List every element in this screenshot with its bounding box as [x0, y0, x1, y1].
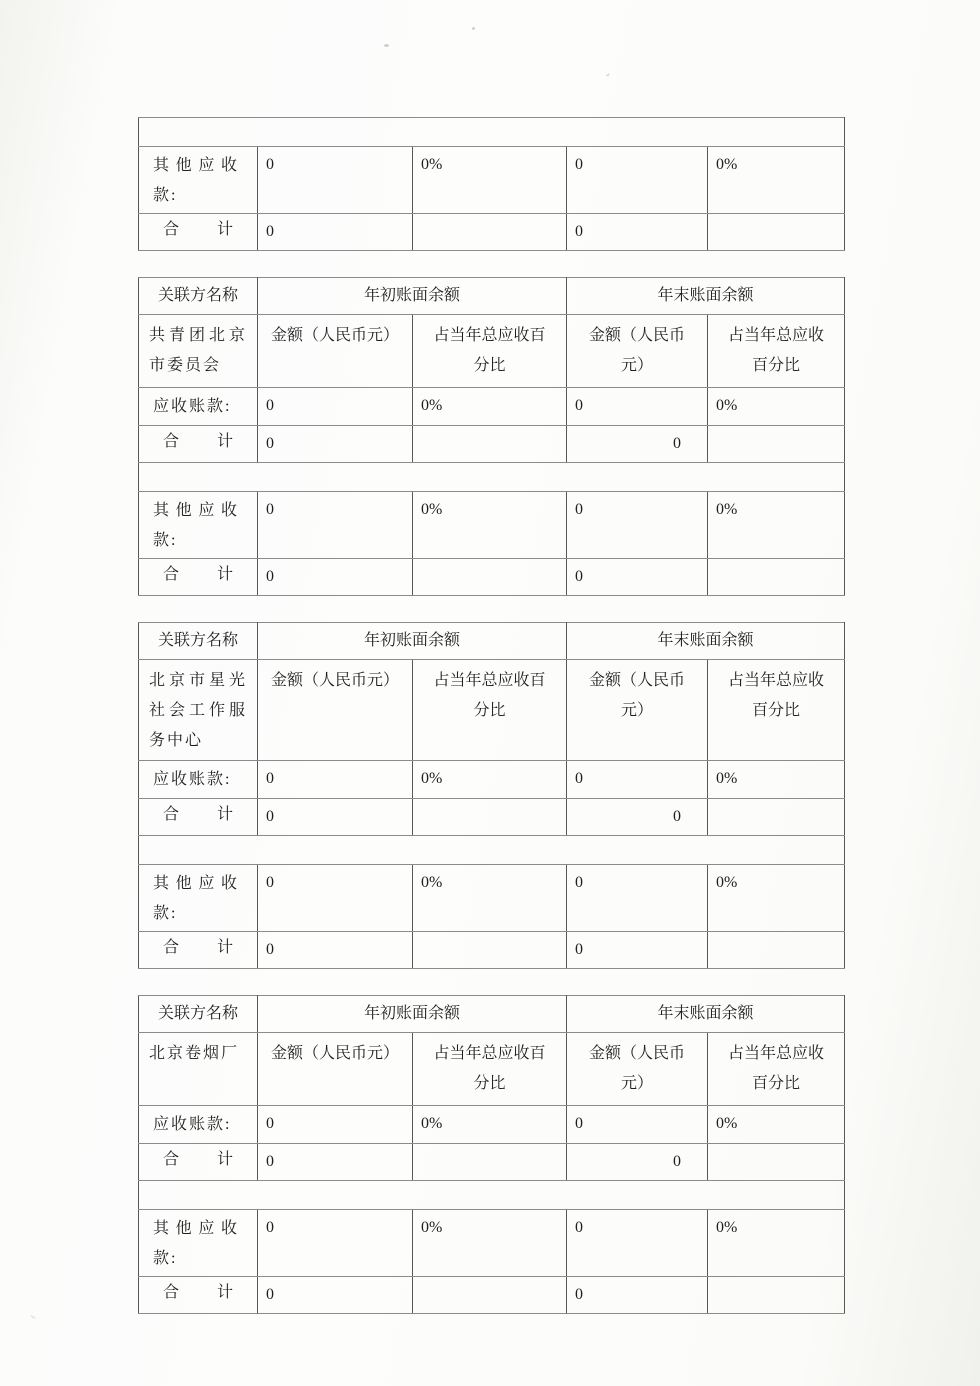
opening-amount-column-header: 金额（人民币元） — [258, 660, 413, 761]
column-header-row: 北京市星光社会工作服务中心金额（人民币元）占当年总应收百分比金额（人民币元）占当… — [139, 660, 845, 761]
total-opening-amount: 0 — [258, 214, 413, 251]
other-receivables-label: 其他应收款: — [139, 147, 258, 214]
group-header-row: 关联方名称年初账面余额年末账面余额 — [139, 623, 845, 660]
closing-amount-value: 0 — [567, 865, 708, 932]
total-row: 合 计00 — [139, 559, 845, 596]
party-column-header: 关联方名称 — [139, 623, 258, 660]
column-header-row: 北京卷烟厂金额（人民币元）占当年总应收百分比金额（人民币元）占当年总应收百分比 — [139, 1033, 845, 1106]
closing-amount-value: 0 — [567, 147, 708, 214]
closing-pct-column-header: 占当年总应收百分比 — [708, 315, 845, 388]
empty-cell — [708, 559, 845, 596]
spacer-cell — [139, 463, 845, 492]
other-receivables-label: 其他应收款: — [139, 1210, 258, 1277]
party-name-cell: 北京市星光社会工作服务中心 — [139, 660, 258, 761]
empty-cell — [708, 932, 845, 969]
other-receivables-label: 其他应收款: — [139, 492, 258, 559]
empty-cell — [708, 214, 845, 251]
opening-pct-value: 0% — [413, 147, 567, 214]
receivables-label: 应收账款: — [139, 761, 258, 799]
closing-pct-value: 0% — [708, 388, 845, 426]
opening-pct-value: 0% — [413, 865, 567, 932]
total-label: 合 计 — [139, 559, 258, 596]
total-row: 合 计00 — [139, 426, 845, 463]
empty-cell — [413, 799, 567, 836]
receivables-row: 应收账款:00%00% — [139, 388, 845, 426]
scanned-page: { "headers": { "party_col": "关联方名称", "op… — [0, 0, 980, 1386]
scan-speck — [606, 73, 610, 77]
other-receivables-row: 其他应收款:00%00% — [139, 147, 845, 214]
closing-balance-group-header: 年末账面余额 — [567, 623, 845, 660]
closing-amount-value: 0 — [567, 1210, 708, 1277]
empty-cell — [413, 426, 567, 463]
closing-pct-value: 0% — [708, 492, 845, 559]
spacer-row — [139, 1181, 845, 1210]
other-receivables-row: 其他应收款:00%00% — [139, 1210, 845, 1277]
related-party-tables: 其他应收款:00%00%合 计00关联方名称年初账面余额年末账面余额共青团北京市… — [138, 117, 980, 1314]
empty-cell — [708, 1144, 845, 1181]
receivables-label: 应收账款: — [139, 388, 258, 426]
opening-balance-group-header: 年初账面余额 — [258, 623, 567, 660]
empty-cell — [708, 1277, 845, 1314]
total-label: 合 计 — [139, 932, 258, 969]
receivables-label: 应收账款: — [139, 1106, 258, 1144]
scan-speck — [472, 27, 475, 30]
related-party-table-4: 关联方名称年初账面余额年末账面余额北京卷烟厂金额（人民币元）占当年总应收百分比金… — [138, 995, 845, 1314]
related-party-table-3: 关联方名称年初账面余额年末账面余额北京市星光社会工作服务中心金额（人民币元）占当… — [138, 622, 845, 969]
opening-balance-group-header: 年初账面余额 — [258, 996, 567, 1033]
other-receivables-row: 其他应收款:00%00% — [139, 865, 845, 932]
total-opening-amount: 0 — [258, 932, 413, 969]
opening-pct-value: 0% — [413, 388, 567, 426]
opening-amount-value: 0 — [258, 388, 413, 426]
total-closing-amount: 0 — [567, 214, 708, 251]
group-header-row: 关联方名称年初账面余额年末账面余额 — [139, 996, 845, 1033]
closing-amount-column-header: 金额（人民币元） — [567, 1033, 708, 1106]
opening-balance-group-header: 年初账面余额 — [258, 278, 567, 315]
opening-pct-value: 0% — [413, 1106, 567, 1144]
total-row: 合 计00 — [139, 1277, 845, 1314]
closing-pct-value: 0% — [708, 147, 845, 214]
total-closing-amount: 0 — [567, 932, 708, 969]
empty-cell — [413, 1277, 567, 1314]
total-label: 合 计 — [139, 214, 258, 251]
other-receivables-row: 其他应收款:00%00% — [139, 492, 845, 559]
closing-amount-value: 0 — [567, 492, 708, 559]
document-page: 其他应收款:00%00%合 计00关联方名称年初账面余额年末账面余额共青团北京市… — [0, 0, 980, 1386]
scan-speck — [30, 1315, 36, 1320]
closing-balance-group-header: 年末账面余额 — [567, 278, 845, 315]
other-receivables-label: 其他应收款: — [139, 865, 258, 932]
closing-balance-group-header: 年末账面余额 — [567, 996, 845, 1033]
related-party-table-1: 其他应收款:00%00%合 计00 — [138, 117, 845, 251]
closing-amount-value: 0 — [567, 761, 708, 799]
opening-pct-value: 0% — [413, 492, 567, 559]
receivables-row: 应收账款:00%00% — [139, 761, 845, 799]
spacer-cell — [139, 118, 845, 147]
opening-amount-column-header: 金额（人民币元） — [258, 1033, 413, 1106]
total-closing-amount: 0 — [567, 426, 708, 463]
total-row: 合 计00 — [139, 799, 845, 836]
scan-speck — [384, 44, 389, 47]
opening-amount-value: 0 — [258, 1106, 413, 1144]
opening-amount-column-header: 金额（人民币元） — [258, 315, 413, 388]
total-label: 合 计 — [139, 1144, 258, 1181]
opening-pct-value: 0% — [413, 761, 567, 799]
related-party-table-2: 关联方名称年初账面余额年末账面余额共青团北京市委员会金额（人民币元）占当年总应收… — [138, 277, 845, 596]
total-label: 合 计 — [139, 1277, 258, 1314]
group-header-row: 关联方名称年初账面余额年末账面余额 — [139, 278, 845, 315]
empty-cell — [413, 214, 567, 251]
total-closing-amount: 0 — [567, 1144, 708, 1181]
party-name-cell: 北京卷烟厂 — [139, 1033, 258, 1106]
spacer-row — [139, 463, 845, 492]
total-row: 合 计00 — [139, 1144, 845, 1181]
closing-amount-column-header: 金额（人民币元） — [567, 315, 708, 388]
total-closing-amount: 0 — [567, 559, 708, 596]
closing-pct-value: 0% — [708, 1106, 845, 1144]
total-opening-amount: 0 — [258, 799, 413, 836]
total-closing-amount: 0 — [567, 1277, 708, 1314]
opening-amount-value: 0 — [258, 147, 413, 214]
spacer-row — [139, 836, 845, 865]
party-column-header: 关联方名称 — [139, 996, 258, 1033]
closing-pct-value: 0% — [708, 761, 845, 799]
party-name-cell: 共青团北京市委员会 — [139, 315, 258, 388]
closing-amount-value: 0 — [567, 1106, 708, 1144]
party-column-header: 关联方名称 — [139, 278, 258, 315]
total-label: 合 计 — [139, 799, 258, 836]
total-opening-amount: 0 — [258, 559, 413, 596]
total-opening-amount: 0 — [258, 1277, 413, 1314]
closing-pct-column-header: 占当年总应收百分比 — [708, 660, 845, 761]
empty-cell — [413, 1144, 567, 1181]
opening-amount-value: 0 — [258, 865, 413, 932]
empty-cell — [708, 799, 845, 836]
closing-amount-value: 0 — [567, 388, 708, 426]
opening-pct-value: 0% — [413, 1210, 567, 1277]
empty-cell — [708, 426, 845, 463]
spacer-cell — [139, 836, 845, 865]
opening-pct-column-header: 占当年总应收百分比 — [413, 1033, 567, 1106]
total-row: 合 计00 — [139, 932, 845, 969]
total-label: 合 计 — [139, 426, 258, 463]
opening-amount-value: 0 — [258, 761, 413, 799]
opening-amount-value: 0 — [258, 1210, 413, 1277]
closing-pct-column-header: 占当年总应收百分比 — [708, 1033, 845, 1106]
total-opening-amount: 0 — [258, 1144, 413, 1181]
closing-amount-column-header: 金额（人民币元） — [567, 660, 708, 761]
empty-cell — [413, 932, 567, 969]
closing-pct-value: 0% — [708, 1210, 845, 1277]
total-row: 合 计00 — [139, 214, 845, 251]
opening-pct-column-header: 占当年总应收百分比 — [413, 315, 567, 388]
spacer-cell — [139, 1181, 845, 1210]
empty-cell — [413, 559, 567, 596]
receivables-row: 应收账款:00%00% — [139, 1106, 845, 1144]
total-closing-amount: 0 — [567, 799, 708, 836]
closing-pct-value: 0% — [708, 865, 845, 932]
opening-amount-value: 0 — [258, 492, 413, 559]
opening-pct-column-header: 占当年总应收百分比 — [413, 660, 567, 761]
column-header-row: 共青团北京市委员会金额（人民币元）占当年总应收百分比金额（人民币元）占当年总应收… — [139, 315, 845, 388]
total-opening-amount: 0 — [258, 426, 413, 463]
spacer-row — [139, 118, 845, 147]
